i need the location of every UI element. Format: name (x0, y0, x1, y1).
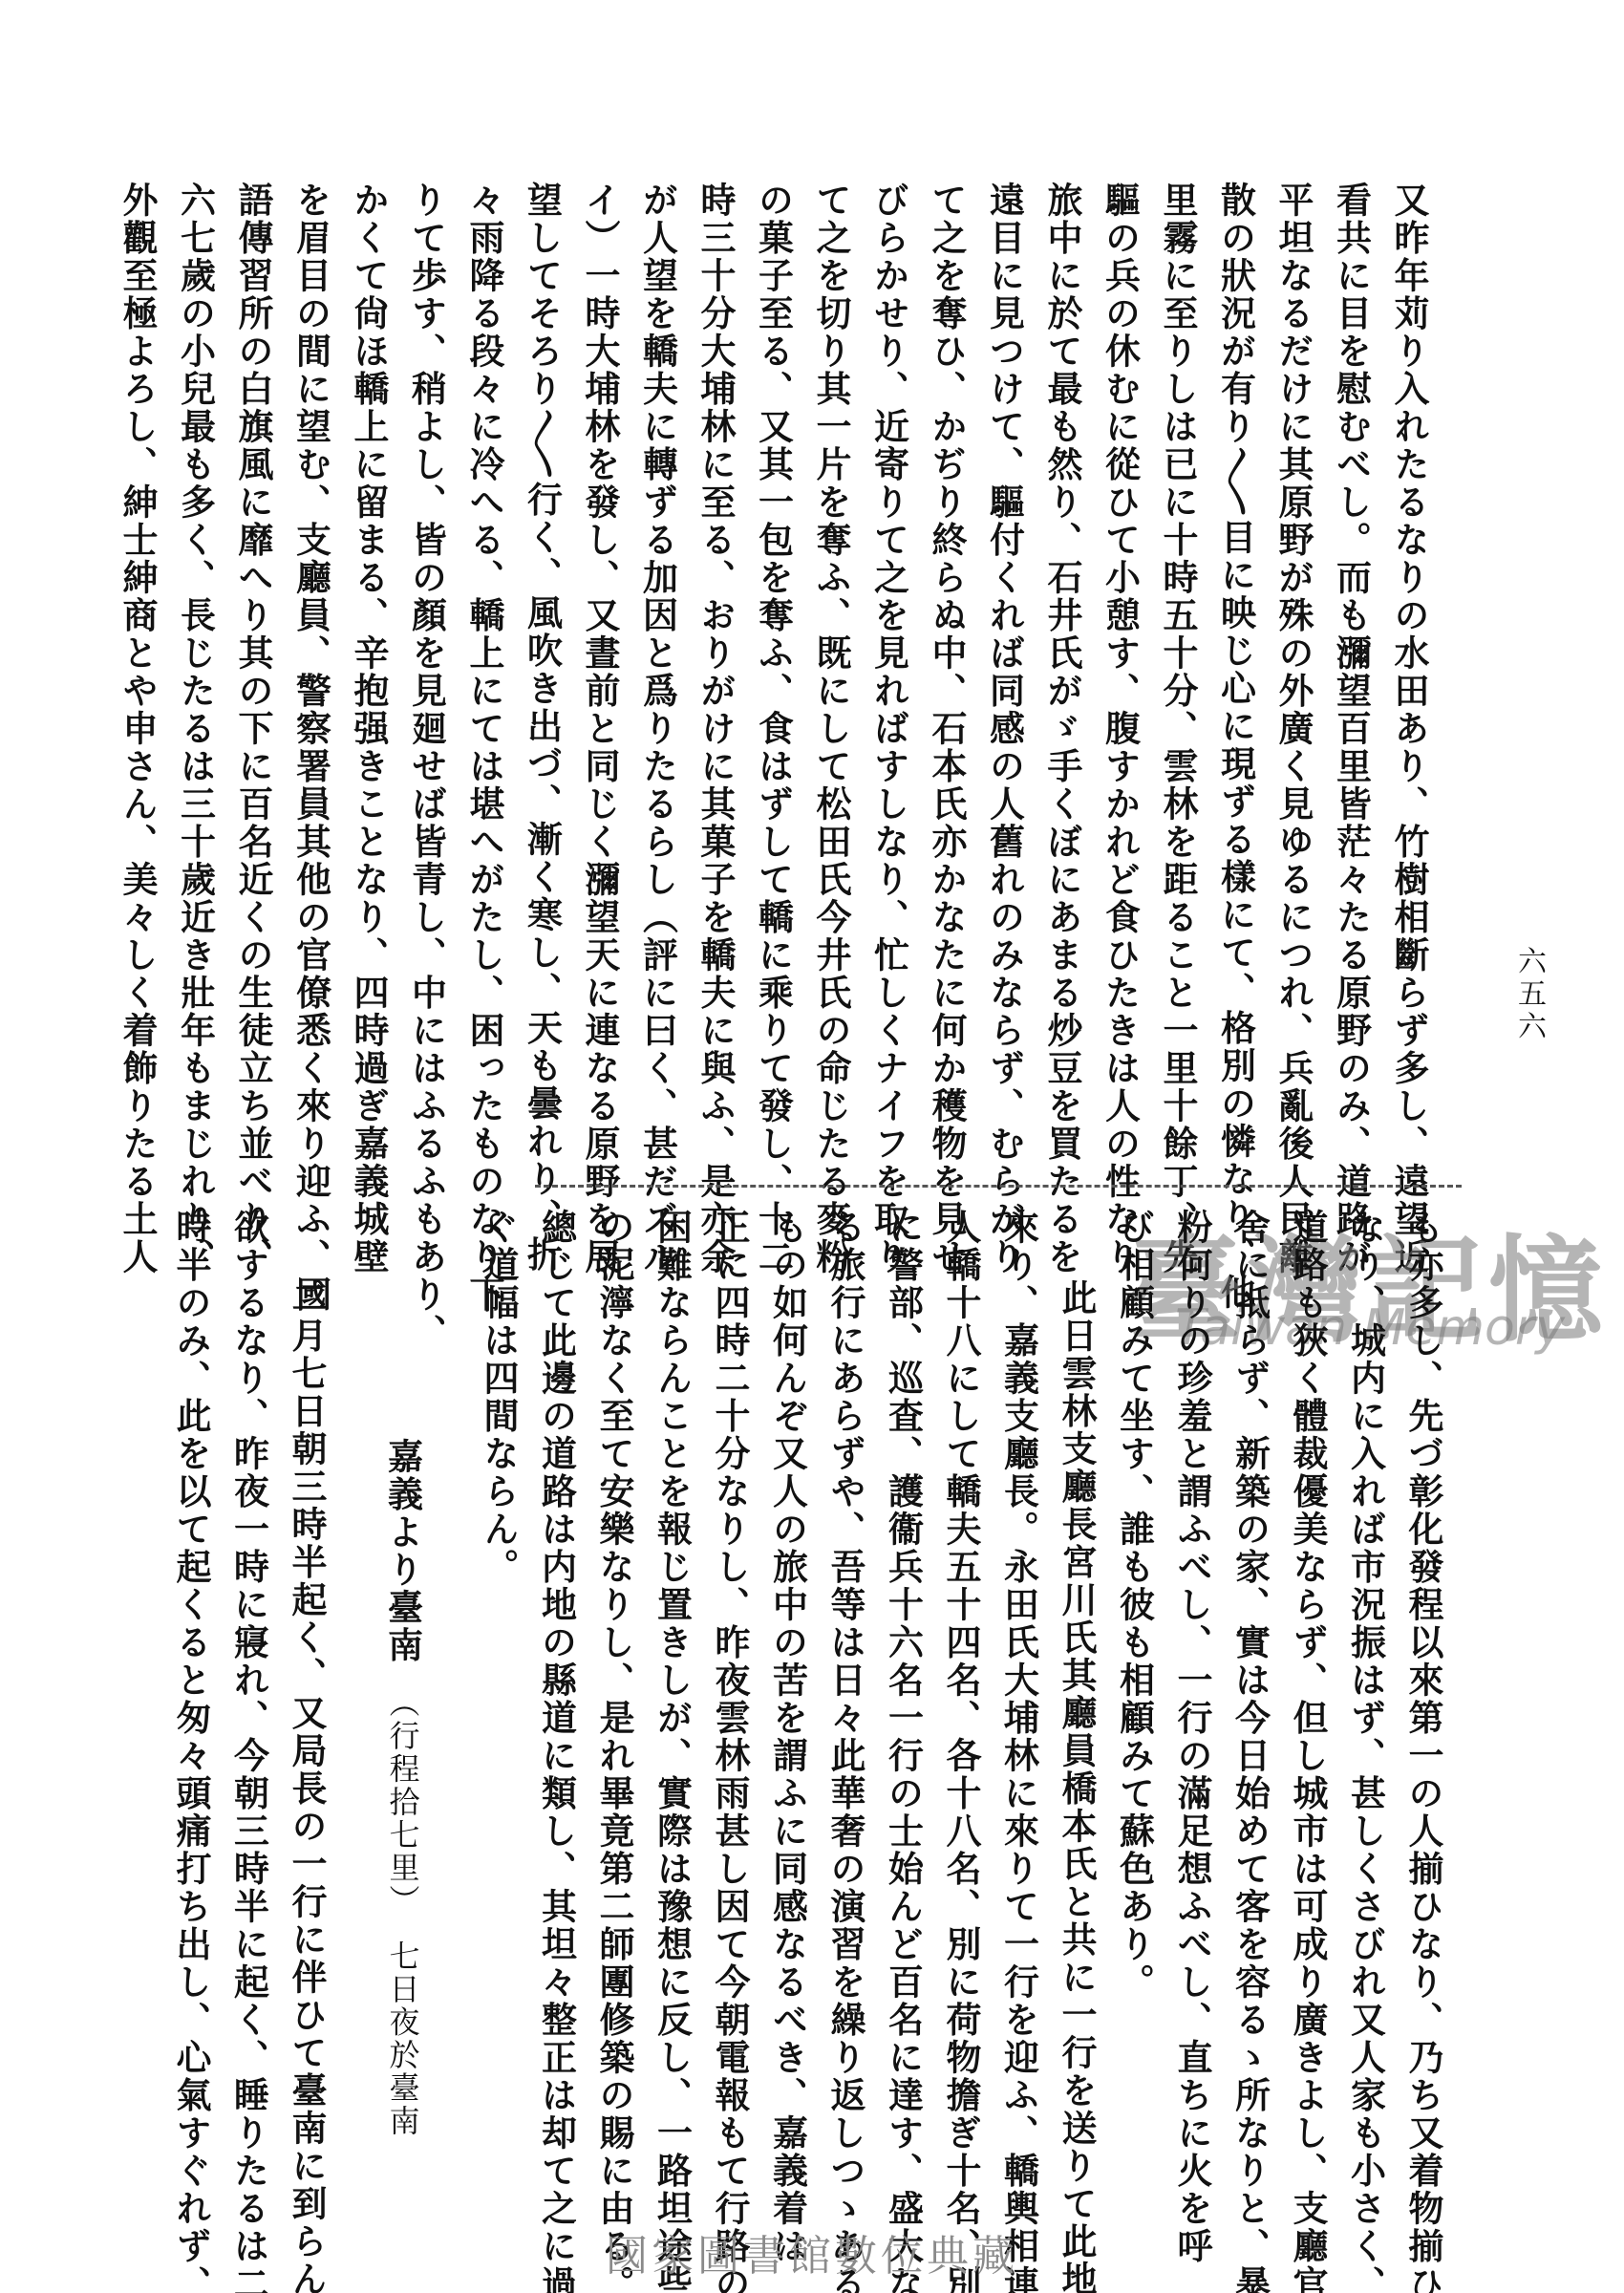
text-column: 正に四時二十分なりし、昨夜雲林雨甚し因て今朝電報もて行路の (701, 1209, 759, 2116)
text-column: 來り、嘉義支廳長。永田氏大埔林に來りて一行を迎ふ、轎輿相連ろ (990, 1209, 1048, 2116)
text-column: 遠目に見つけて、驅付くれば同感の人舊れのみならず、むらがり (975, 182, 1034, 1127)
section-title: 嘉義より臺南 (382, 1438, 424, 1664)
text-column: 外觀至極よろし、紳士紳商とや申さん、美々しく着飾りたる土人 (109, 182, 167, 1127)
text-column: び相顧みて坐す、誰も彼も相顧みて蘇色あり。 (1105, 1209, 1164, 2116)
text-column: る旅行にあらずや、吾等は日々此華奢の演習を繰り返しつゝある (817, 1209, 875, 2116)
text-column: 此日雲林支廳長宮川氏其廳員橋本氏と共に一行を送りて此地に (1048, 1209, 1106, 2116)
text-column: 看共に目を慰むべし。而も瀰望百里皆茫々たる原野のみ、道路が (1322, 182, 1380, 1127)
text-column: 時半のみ、此を以て起くると匆々頭痛打ち出し、心氣すぐれず、 (162, 1209, 221, 2116)
text-column: イ）一時大埔林を發し、又晝前と同じく瀰望天に連なる原野を展 (571, 182, 630, 1127)
text-column: かくて尙ほ轎上に留まる、辛抱强きことなり、四時過ぎ嘉義城壁 (340, 182, 398, 1127)
text-column: が人望を轎夫に轉ずる加因と爲りたるらし（評に曰く、甚だズル (629, 182, 687, 1127)
text-column: 又昨年苅り入れたるなりの水田あり、竹樹相斷らず多し、遠望近 (1380, 182, 1439, 1127)
text-column: 二月七日朝三時半起く、又局長の一行に伴ひて臺南に到らんと (278, 1209, 336, 2116)
text-column: 里霧に至りしは已に十時五十分、雲林を距ること一里十餘丁、先 (1149, 182, 1207, 1127)
text-column: 欲するなり、昨夜一時に寢れ、今朝三時半に起く、睡りたるは二 (220, 1209, 278, 2116)
footer-archive-label: 國家圖書館數位典藏 (0, 2221, 1624, 2282)
text-column: を眉目の間に望む、支廳員、警察署員其他の官僚悉く來り迎ふ、國 (282, 182, 340, 1127)
divider (535, 1185, 1462, 1188)
text-column: 時三十分大埔林に至る、おりがけに其菓子を轎夫に與ふ、是亦余 (687, 182, 745, 1127)
top-text-block: 又昨年苅り入れたるなりの水田あり、竹樹相斷らず多し、遠望近 看共に目を慰むべし。… (109, 182, 1439, 1127)
text-column: 困難ならんことを報じ置きしが、實際は豫想に反し、一路坦途些 (643, 1209, 701, 2116)
text-column: 總じて此邊の道路は内地の縣道に類し、其坦々整正は却て之に過 (527, 1209, 586, 2116)
text-column: も亦多し、先づ彰化發程以來第一の人揃ひなり、乃ち又着物揃ひ (1395, 1209, 1453, 2116)
text-column: 驅の兵の休むに從ひて小憩す、腹すかれど食ひたきは人の性なり (1091, 182, 1149, 1127)
text-column: 六七歲の小兒最も多く、長じたるは三十歲近き壯年もまじれり、 (166, 182, 224, 1127)
text-column: もの如何んぞ又人の旅中の苦を謂ふに同感なるべき、嘉義着は (759, 1209, 817, 2116)
text-column: の菓子至る、又其一包を奪ふ、食はずして轎に乘りて發し、十二 (744, 182, 802, 1127)
section-distance: （行程拾七里） (385, 1703, 421, 1903)
text-column: ぐ道幅は四間ならん。 (470, 1209, 528, 2116)
text-column: て之を切り其一片を奪ふ、既にして松田氏今井氏の命じたる麥粉 (802, 182, 861, 1127)
text-column: 舍に抵らず、新築の家、實は今日始めて客を容るゝ所なりと、暴の白 (1221, 1209, 1279, 2116)
section-lodging: 七日夜於臺南 (385, 1940, 421, 2138)
text-column: びらかせり、近寄りて之を見ればすしなり、忙しくナイフを取り (860, 182, 918, 1127)
text-column: 旅中に於て最も然り、石井氏がゞ手くぼにあまる炒豆を買たるを (1034, 182, 1092, 1127)
text-column: 語傳習所の白旗風に靡へり其の下に百名近くの生徒立ち並べり、 (224, 182, 283, 1127)
text-column: 望してそろり〳〵行く、風吹き出づ、漸く寒し、天も曇れり、折 (513, 182, 571, 1127)
page-number: 六五六 (1507, 946, 1549, 1043)
text-column: 々雨降る段々に冷へる、轎上にては堪へがたし、困ったものなり下 (456, 182, 514, 1127)
text-column: 平坦なるだけに其原野が殊の外廣く見ゆるにつれ、兵亂後人民離 (1265, 182, 1323, 1127)
text-column: て之を奪ひ、かぢり終らぬ中、石本氏亦かなたに何か穫物を見せ (918, 182, 976, 1127)
text-column: りて歩す、稍よし、皆の顏を見廻せば皆青し、中にはふるふもあり、 (397, 182, 456, 1127)
text-column: 散の狀況が有り〳〵目に映じ心に現ずる樣にて、格別の憐なり、他 (1207, 182, 1265, 1127)
section-heading: 嘉義より臺南 （行程拾七里） 七日夜於臺南 (335, 1209, 470, 2116)
text-column: に警部、巡査、護衞兵十六名一行の士始んど百名に達す、盛大な (874, 1209, 932, 2116)
text-column: 道路も狹く體裁優美ならず、但し城市は可成り廣きよし、支廳官 (1279, 1209, 1337, 2116)
text-column: の泥濘なく至て安樂なりし、是れ畢竟第二師團修築の賜に由る。 (586, 1209, 644, 2116)
text-column: なり、城内に入れば市況振はず、甚しくさびれ又人家も小さく、 (1336, 1209, 1395, 2116)
text-column: 人轎十八にして轎夫五十四名、各十八名、別に荷物擔ぎ十名、別 (932, 1209, 991, 2116)
text-column: 粉何りの珍羞と謂ふべし、一行の滿足想ふべし、直ちに火を呼 (1164, 1209, 1222, 2116)
bottom-text-block: も亦多し、先づ彰化發程以來第一の人揃ひなり、乃ち又着物揃ひ なり、城内に入れば市… (162, 1209, 1453, 2116)
